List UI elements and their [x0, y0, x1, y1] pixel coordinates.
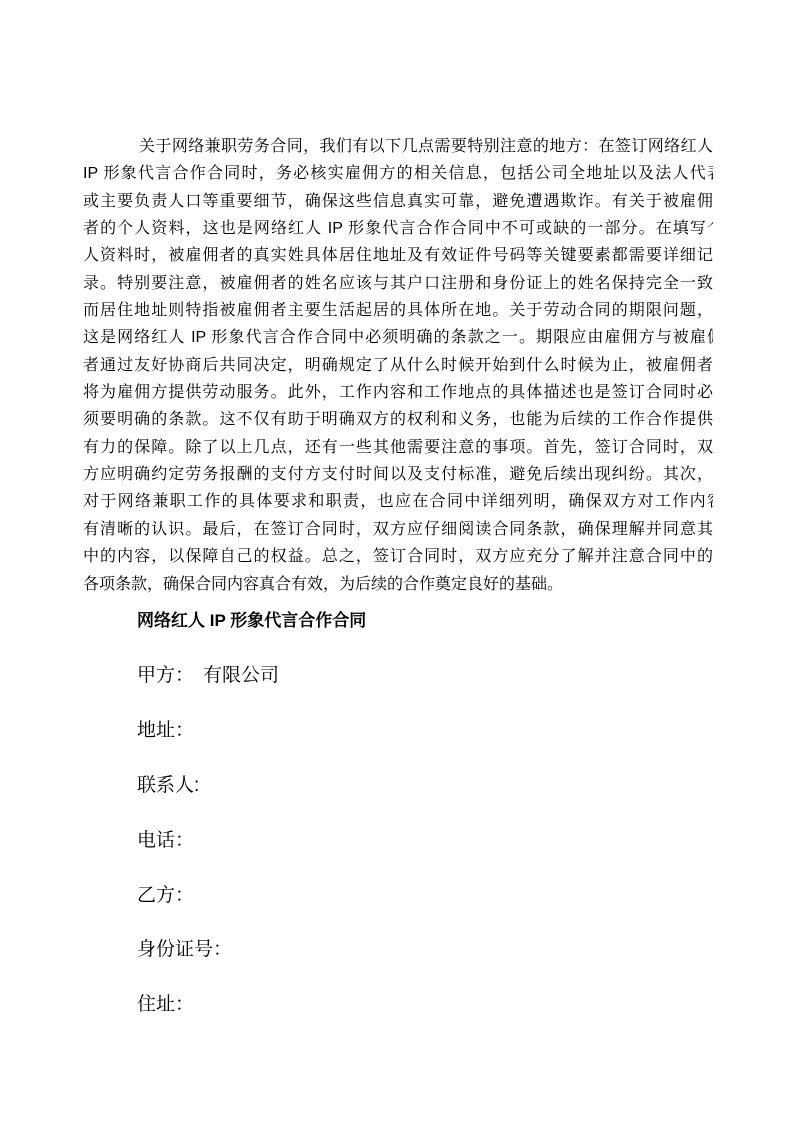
paragraph-line: 关于网络兼职劳务合同，我们有以下几点需要特别注意的地方：在签订网络红人: [83, 133, 713, 160]
paragraph-line-text: 各项条款，确保合同内容真合有效，为后续的合作奠定良好的基础。: [83, 571, 713, 598]
field-label: 联系人:: [137, 775, 199, 796]
paragraph-line-text: 者的个人资料，这也是网络红人 IP 形象代言合作合同中不可或缺的一部分。在填写个: [83, 215, 713, 242]
paragraph-line-text: 将为雇佣方提供劳动服务。此外，工作内容和工作地点的具体描述也是签订合同时必: [83, 379, 713, 406]
paragraph-line-text: 人资料时，被雇佣者的真实姓具体居住地址及有效证件号码等关键要素都需要详细记: [83, 242, 713, 269]
paragraph-line-text: 关于网络兼职劳务合同，我们有以下几点需要特别注意的地方：在签订网络红人: [83, 133, 713, 160]
paragraph-line: 有清晰的认识。最后，在签订合同时，双方应仔细阅读合同条款，确保理解并同意其: [83, 516, 713, 543]
paragraph-line-text: 录。特别要注意，被雇佣者的姓名应该与其户口注册和身份证上的姓名保持完全一致: [83, 270, 713, 297]
paragraph-line: 者通过友好协商后共同决定，明确规定了从什么时候开始到什么时候为止，被雇佣者: [83, 352, 713, 379]
paragraph-line-text: 这是网络红人 IP 形象代言合作合同中必须明确的条款之一。期限应由雇佣方与被雇佣: [83, 324, 713, 351]
contract-field-row: 电话：: [137, 827, 279, 882]
paragraph-line-text: 中的内容，以保障自己的权益。总之，签订合同时，双方应充分了解并注意合同中的: [83, 543, 713, 570]
paragraph-line: 而居住地址则特指被雇佣者主要生活起居的具体所在地。关于劳动合同的期限问题，: [83, 297, 713, 324]
contract-field-row: 身份证号：: [137, 936, 279, 991]
paragraph-line-text: 而居住地址则特指被雇佣者主要生活起居的具体所在地。关于劳动合同的期限问题，: [83, 297, 713, 324]
contract-field-row: 住址：: [137, 991, 279, 1046]
paragraph-line: 各项条款，确保合同内容真合有效，为后续的合作奠定良好的基础。: [83, 571, 713, 598]
paragraph-line: 这是网络红人 IP 形象代言合作合同中必须明确的条款之一。期限应由雇佣方与被雇佣: [83, 324, 713, 351]
field-value: 有限公司: [203, 665, 279, 686]
field-label: 身份证号：: [137, 939, 232, 960]
field-label: 住址：: [137, 994, 194, 1015]
contract-title: 网络红人 IP 形象代言合作合同: [137, 607, 366, 634]
paragraph-line-text: 方应明确约定劳务报酬的支付方支付时间以及支付标准，避免后续出现纠纷。其次，: [83, 461, 713, 488]
contract-fields: 甲方：有限公司地址：联系人:电话：乙方：身份证号：住址：: [137, 662, 279, 1046]
field-label: 乙方：: [137, 885, 194, 906]
paragraph-line: 中的内容，以保障自己的权益。总之，签订合同时，双方应充分了解并注意合同中的: [83, 543, 713, 570]
paragraph-line-text: 须要明确的条款。这不仅有助于明确双方的权利和义务，也能为后续的工作合作提供: [83, 406, 713, 433]
paragraph-line: IP 形象代言合作合同时，务必核实雇佣方的相关信息，包括公司全地址以及法人代表: [83, 160, 713, 187]
paragraph-line: 对于网络兼职工作的具体要求和职责，也应在合同中详细列明，确保双方对工作内容: [83, 488, 713, 515]
paragraph-line: 者的个人资料，这也是网络红人 IP 形象代言合作合同中不可或缺的一部分。在填写个: [83, 215, 713, 242]
intro-paragraph: 关于网络兼职劳务合同，我们有以下几点需要特别注意的地方：在签订网络红人IP 形象…: [83, 133, 713, 598]
field-label: 电话：: [137, 830, 194, 851]
field-label: 地址：: [137, 720, 194, 741]
field-label: 甲方：: [137, 665, 194, 686]
paragraph-line: 将为雇佣方提供劳动服务。此外，工作内容和工作地点的具体描述也是签订合同时必: [83, 379, 713, 406]
paragraph-line-text: 对于网络兼职工作的具体要求和职责，也应在合同中详细列明，确保双方对工作内容: [83, 488, 713, 515]
contract-field-row: 乙方：: [137, 882, 279, 937]
paragraph-line: 须要明确的条款。这不仅有助于明确双方的权利和义务，也能为后续的工作合作提供: [83, 406, 713, 433]
paragraph-line: 方应明确约定劳务报酬的支付方支付时间以及支付标准，避免后续出现纠纷。其次，: [83, 461, 713, 488]
contract-field-row: 联系人:: [137, 772, 279, 827]
paragraph-line-text: 有力的保障。除了以上几点，还有一些其他需要注意的事项。首先，签订合同时，双: [83, 434, 713, 461]
paragraph-line-text: IP 形象代言合作合同时，务必核实雇佣方的相关信息，包括公司全地址以及法人代表: [83, 160, 713, 187]
contract-field-row: 地址：: [137, 717, 279, 772]
contract-field-row: 甲方：有限公司: [137, 662, 279, 717]
paragraph-line-text: 有清晰的认识。最后，在签订合同时，双方应仔细阅读合同条款，确保理解并同意其: [83, 516, 713, 543]
paragraph-line: 录。特别要注意，被雇佣者的姓名应该与其户口注册和身份证上的姓名保持完全一致: [83, 270, 713, 297]
paragraph-line-text: 者通过友好协商后共同决定，明确规定了从什么时候开始到什么时候为止，被雇佣者: [83, 352, 713, 379]
paragraph-line-text: 或主要负责人口等重要细节，确保这些信息真实可靠，避免遭遇欺诈。有关于被雇佣: [83, 188, 713, 215]
paragraph-line: 或主要负责人口等重要细节，确保这些信息真实可靠，避免遭遇欺诈。有关于被雇佣: [83, 188, 713, 215]
paragraph-line: 有力的保障。除了以上几点，还有一些其他需要注意的事项。首先，签订合同时，双: [83, 434, 713, 461]
document-page: 关于网络兼职劳务合同，我们有以下几点需要特别注意的地方：在签订网络红人IP 形象…: [0, 0, 793, 1122]
paragraph-line: 人资料时，被雇佣者的真实姓具体居住地址及有效证件号码等关键要素都需要详细记: [83, 242, 713, 269]
